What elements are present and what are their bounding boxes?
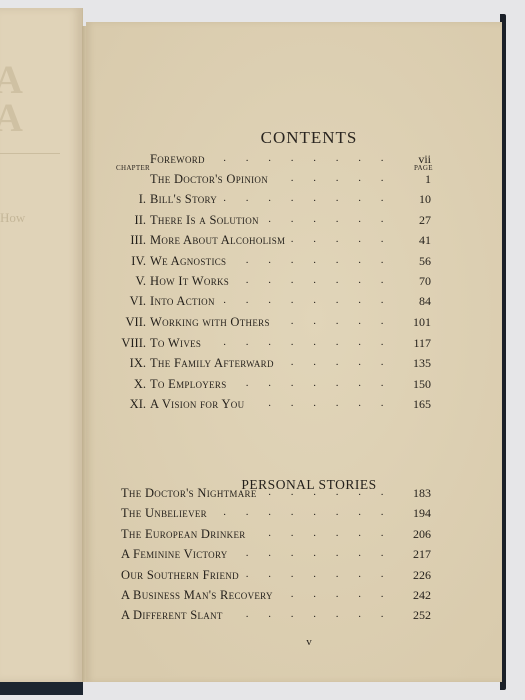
dot-leader: . . . . . . . . . . . . . . . . . . . . … bbox=[211, 506, 392, 518]
entry-title: We Agnostics bbox=[150, 254, 226, 269]
entry-page-number: 217 bbox=[398, 547, 431, 562]
toc-entry: I.Bill's Story10. . . . . . . . . . . . … bbox=[86, 192, 502, 212]
toc-entry: A Business Man's Recovery242. . . . . . … bbox=[86, 588, 502, 608]
dot-leader: . . . . . . . . . . . . . . . . . . . . … bbox=[261, 486, 392, 498]
dot-leader: . . . . . . . . . . . . . . . . . . . . … bbox=[274, 315, 392, 327]
entry-page-number: 101 bbox=[398, 315, 431, 330]
toc-entry: IX.The Family Afterward135. . . . . . . … bbox=[86, 356, 502, 376]
left-page-ghost-letter: A bbox=[0, 94, 25, 141]
contents-page: CONTENTS CHAPTER PAGE Forewordvii. . . .… bbox=[86, 22, 502, 682]
dot-leader: . . . . . . . . . . . . . . . . . . . . … bbox=[205, 336, 392, 348]
entry-title: Into Action bbox=[150, 294, 215, 309]
entry-page-number: 165 bbox=[398, 397, 431, 412]
chapter-numeral: I. bbox=[106, 192, 146, 207]
entry-page-number: 117 bbox=[398, 336, 431, 351]
entry-page-number: vii bbox=[398, 152, 431, 167]
entry-page-number: 84 bbox=[398, 294, 431, 309]
dot-leader: . . . . . . . . . . . . . . . . . . . . … bbox=[227, 608, 392, 620]
entry-title: Working with Others bbox=[150, 315, 270, 330]
toc-entry: IV.We Agnostics56. . . . . . . . . . . .… bbox=[86, 254, 502, 274]
entry-page-number: 135 bbox=[398, 356, 431, 371]
chapter-numeral: V. bbox=[106, 274, 146, 289]
toc-entry: A Feminine Victory217. . . . . . . . . .… bbox=[86, 547, 502, 567]
chapter-numeral: X. bbox=[106, 377, 146, 392]
entry-title: Our Southern Friend bbox=[121, 568, 239, 583]
dot-leader: . . . . . . . . . . . . . . . . . . . . … bbox=[230, 254, 392, 266]
left-page-rule bbox=[0, 153, 60, 154]
entry-page-number: 226 bbox=[398, 568, 431, 583]
entry-page-number: 242 bbox=[398, 588, 431, 603]
entry-title: More About Alcoholism bbox=[150, 233, 285, 248]
toc-entry: III.More About Alcoholism41. . . . . . .… bbox=[86, 233, 502, 253]
left-page: A A How bbox=[0, 8, 83, 682]
chapter-numeral: II. bbox=[106, 213, 146, 228]
chapter-numeral: III. bbox=[106, 233, 146, 248]
dot-leader: . . . . . . . . . . . . . . . . . . . . … bbox=[277, 588, 392, 600]
entry-page-number: 150 bbox=[398, 377, 431, 392]
entry-title: Foreword bbox=[150, 152, 205, 167]
toc-entry: II.There Is a Solution27. . . . . . . . … bbox=[86, 213, 502, 233]
entry-page-number: 194 bbox=[398, 506, 431, 521]
toc-entry: X.To Employers150. . . . . . . . . . . .… bbox=[86, 377, 502, 397]
chapter-numeral: IX. bbox=[106, 356, 146, 371]
dot-leader: . . . . . . . . . . . . . . . . . . . . … bbox=[233, 274, 392, 286]
toc-entry: VI.Into Action84. . . . . . . . . . . . … bbox=[86, 294, 502, 314]
entry-page-number: 10 bbox=[398, 192, 431, 207]
entry-title: Bill's Story bbox=[150, 192, 217, 207]
toc-entry: XI.A Vision for You165. . . . . . . . . … bbox=[86, 397, 502, 417]
entry-title: To Employers bbox=[150, 377, 227, 392]
entry-title: A Different Slant bbox=[121, 608, 223, 623]
dot-leader: . . . . . . . . . . . . . . . . . . . . … bbox=[209, 152, 392, 164]
entry-title: How It Works bbox=[150, 274, 229, 289]
entry-page-number: 70 bbox=[398, 274, 431, 289]
chapter-numeral: XI. bbox=[106, 397, 146, 412]
left-page-ghost-text: How bbox=[0, 210, 25, 226]
entry-page-number: 183 bbox=[398, 486, 431, 501]
page-number: v bbox=[86, 636, 502, 648]
entry-title: A Feminine Victory bbox=[121, 547, 228, 562]
dot-leader: . . . . . . . . . . . . . . . . . . . . … bbox=[278, 356, 392, 368]
dot-leader: . . . . . . . . . . . . . . . . . . . . … bbox=[219, 294, 392, 306]
chapter-numeral: VI. bbox=[106, 294, 146, 309]
entry-title: A Vision for You bbox=[150, 397, 244, 412]
toc-entry: The European Drinker206. . . . . . . . .… bbox=[86, 527, 502, 547]
toc-entry: The Doctor's Nightmare183. . . . . . . .… bbox=[86, 486, 502, 506]
toc-entry: Forewordvii. . . . . . . . . . . . . . .… bbox=[86, 152, 502, 172]
toc-entry: V.How It Works70. . . . . . . . . . . . … bbox=[86, 274, 502, 294]
entry-page-number: 41 bbox=[398, 233, 431, 248]
entry-page-number: 56 bbox=[398, 254, 431, 269]
dot-leader: . . . . . . . . . . . . . . . . . . . . … bbox=[289, 233, 392, 245]
entry-page-number: 27 bbox=[398, 213, 431, 228]
entry-title: The Doctor's Opinion bbox=[150, 172, 268, 187]
toc-entry: VIII.To Wives117. . . . . . . . . . . . … bbox=[86, 336, 502, 356]
entry-title: A Business Man's Recovery bbox=[121, 588, 273, 603]
dot-leader: . . . . . . . . . . . . . . . . . . . . … bbox=[231, 377, 392, 389]
dot-leader: . . . . . . . . . . . . . . . . . . . . … bbox=[243, 568, 392, 580]
dot-leader: . . . . . . . . . . . . . . . . . . . . … bbox=[250, 527, 392, 539]
chapter-numeral: IV. bbox=[106, 254, 146, 269]
toc-entry: The Unbeliever194. . . . . . . . . . . .… bbox=[86, 506, 502, 526]
entry-page-number: 1 bbox=[398, 172, 431, 187]
toc-entry: The Doctor's Opinion1. . . . . . . . . .… bbox=[86, 172, 502, 192]
entry-title: The Doctor's Nightmare bbox=[121, 486, 257, 501]
dot-leader: . . . . . . . . . . . . . . . . . . . . … bbox=[248, 397, 392, 409]
entry-page-number: 252 bbox=[398, 608, 431, 623]
toc-entry: A Different Slant252. . . . . . . . . . … bbox=[86, 608, 502, 628]
toc-entry: Our Southern Friend226. . . . . . . . . … bbox=[86, 568, 502, 588]
entry-title: The Unbeliever bbox=[121, 506, 207, 521]
dot-leader: . . . . . . . . . . . . . . . . . . . . … bbox=[221, 192, 392, 204]
entry-title: To Wives bbox=[150, 336, 201, 351]
dot-leader: . . . . . . . . . . . . . . . . . . . . … bbox=[263, 213, 392, 225]
entry-title: There Is a Solution bbox=[150, 213, 259, 228]
chapter-numeral: VII. bbox=[106, 315, 146, 330]
dot-leader: . . . . . . . . . . . . . . . . . . . . … bbox=[232, 547, 392, 559]
entry-title: The Family Afterward bbox=[150, 356, 274, 371]
entry-title: The European Drinker bbox=[121, 527, 246, 542]
chapter-numeral: VIII. bbox=[106, 336, 146, 351]
dot-leader: . . . . . . . . . . . . . . . . . . . . … bbox=[272, 172, 392, 184]
entry-page-number: 206 bbox=[398, 527, 431, 542]
toc-entry: VII.Working with Others101. . . . . . . … bbox=[86, 315, 502, 335]
page-title: CONTENTS bbox=[86, 128, 502, 148]
